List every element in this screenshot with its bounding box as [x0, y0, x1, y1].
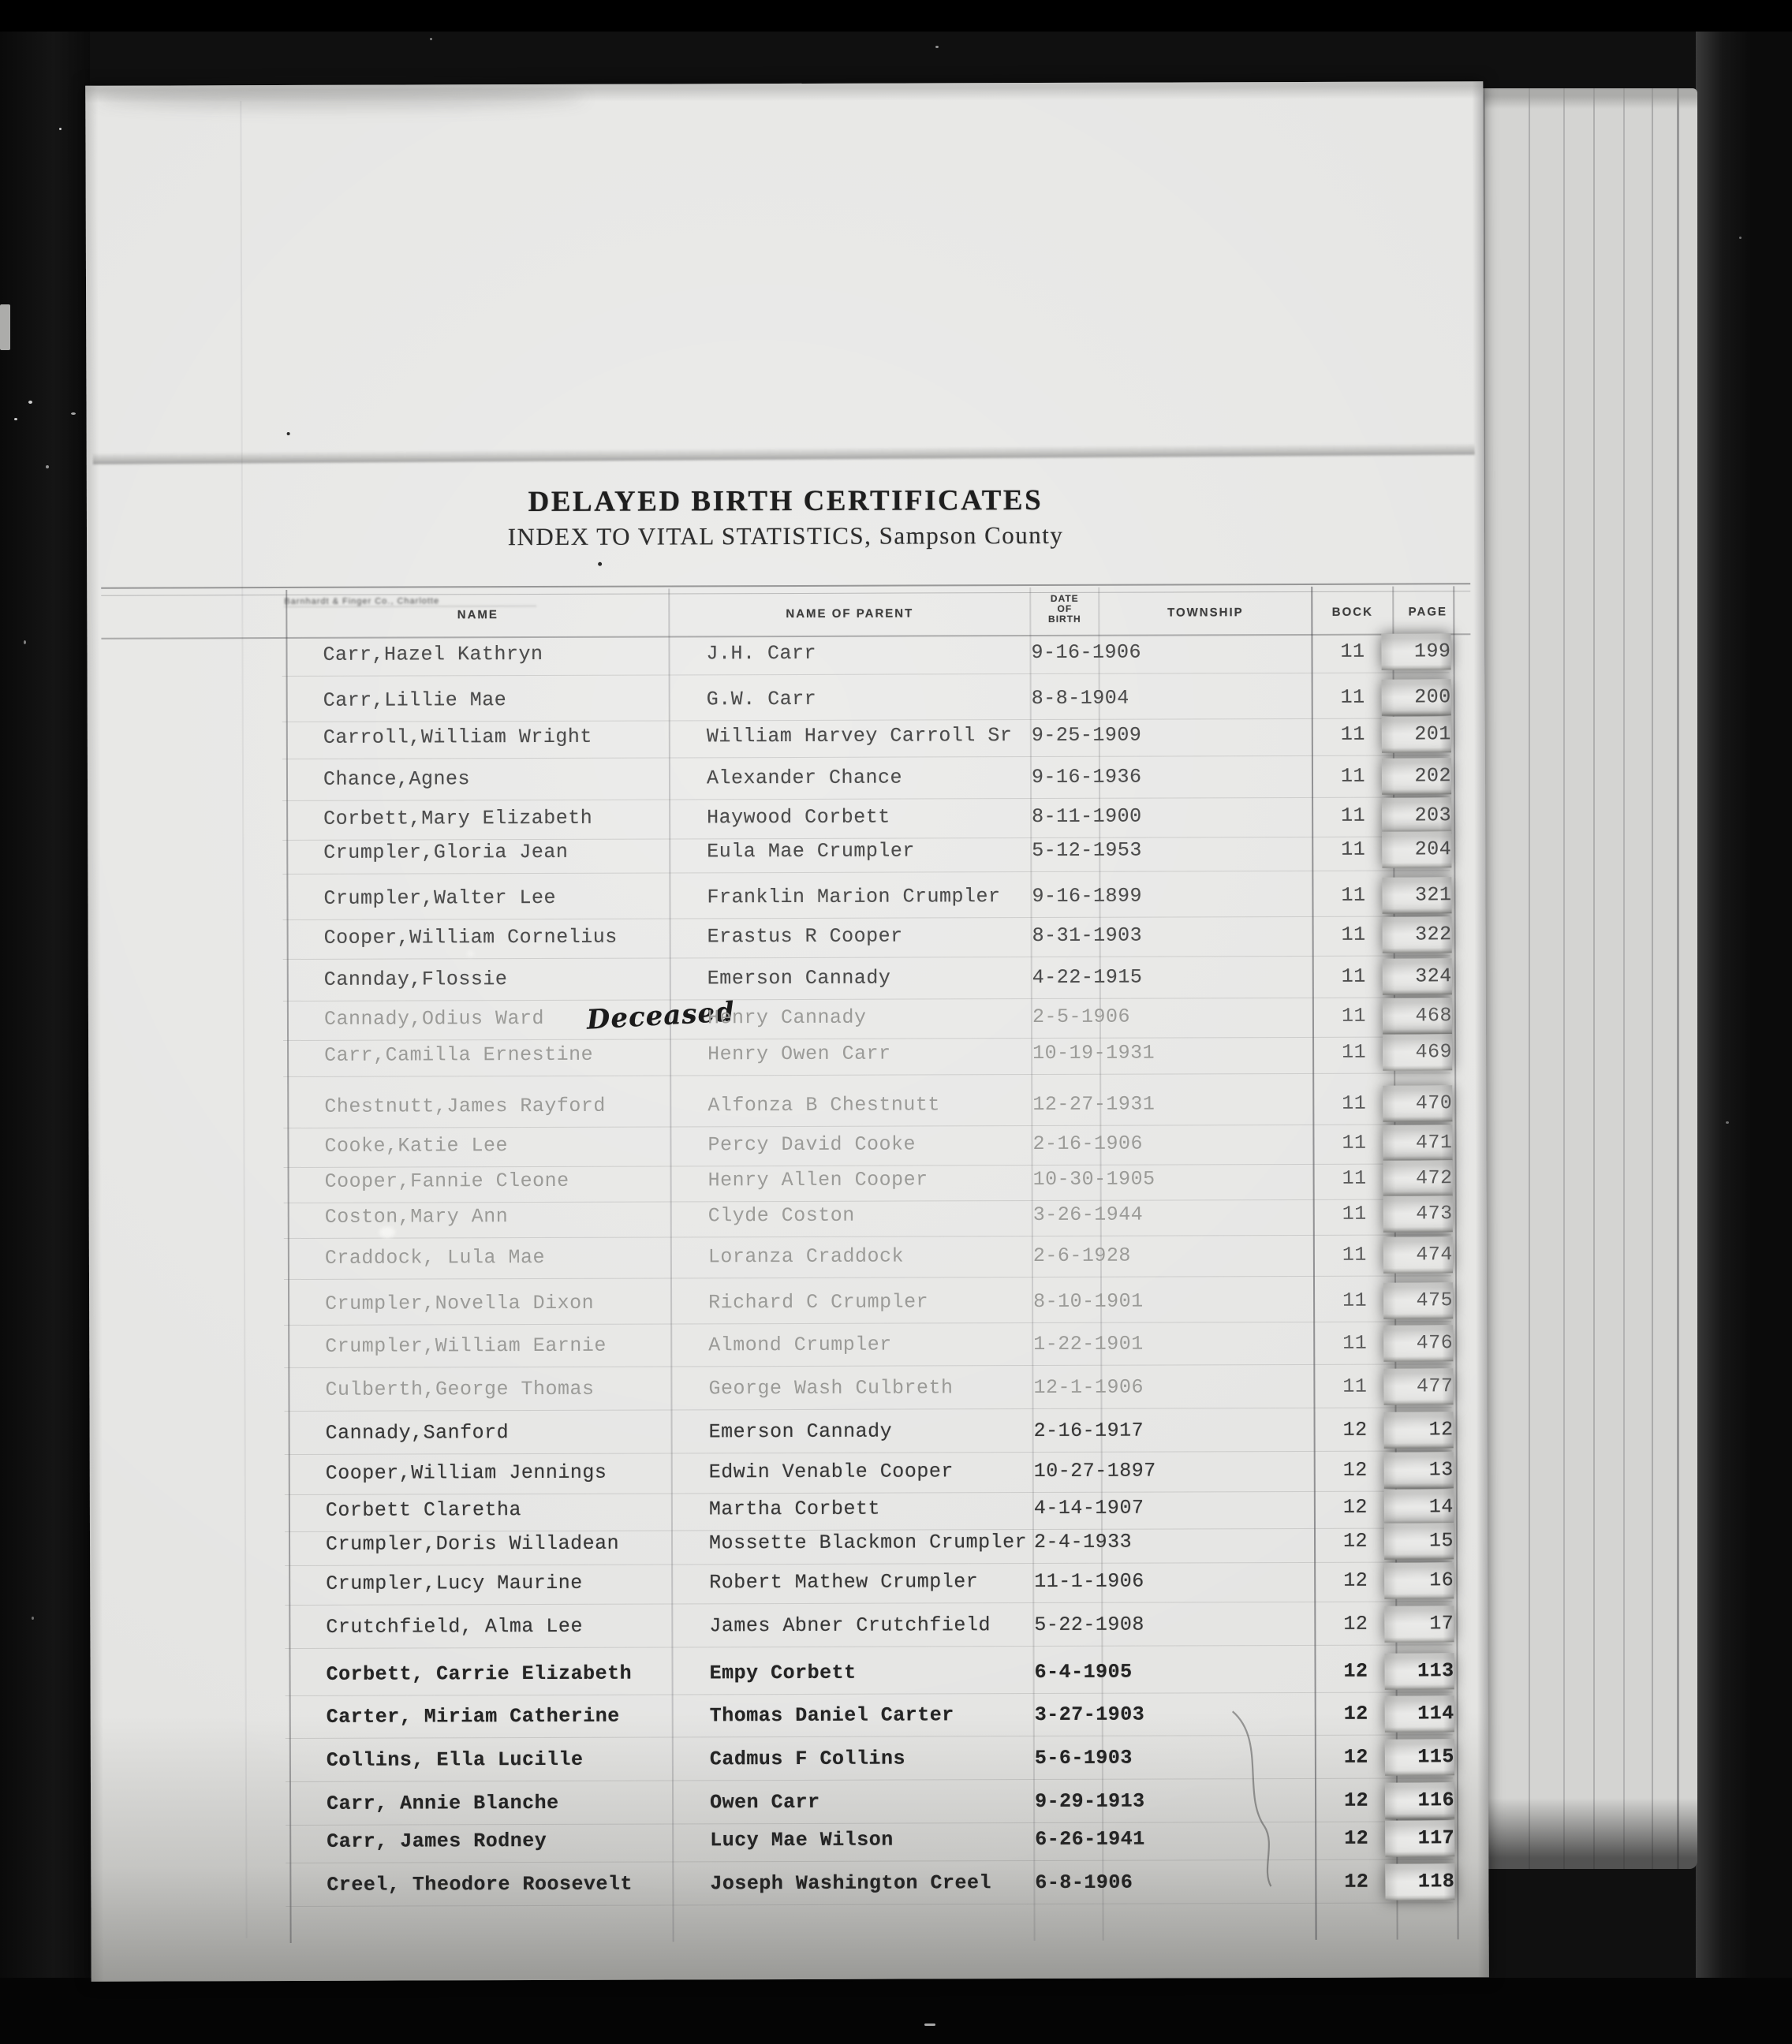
- registrant-name: Carr,Lillie Mae: [323, 682, 507, 719]
- cell-page: 14: [1384, 1489, 1454, 1526]
- dust-speck: [430, 38, 432, 40]
- cell-page: 117: [1385, 1820, 1454, 1857]
- registrant-name: Corbett Claretha: [326, 1492, 521, 1529]
- cell-name: Coston,Mary Ann: [325, 1199, 509, 1236]
- table-row: Chance,AgnesAlexander Chance9-16-1936112…: [287, 758, 1454, 798]
- cell-name: Crumpler,Doris Willadean: [326, 1526, 619, 1563]
- cell-date-of-birth: 2-16-1917: [1034, 1413, 1144, 1449]
- cell-name: Carr,Lillie Mae: [323, 682, 507, 719]
- registrant-name: Carroll,William Wright: [323, 719, 592, 756]
- cell-name: Cannady,Odius WardDeceased: [324, 1000, 735, 1038]
- cell-date-of-birth: 9-16-1936: [1032, 759, 1142, 796]
- cell-name: Cannady,Sanford: [326, 1415, 510, 1452]
- table-rows: Carr,Hazel KathrynJ.H. Carr9-16-19061119…: [85, 81, 1489, 1982]
- table-row: Cooke,Katie LeePercy David Cooke2-16-190…: [288, 1125, 1455, 1165]
- cell-parent-name: Henry Cannady: [707, 1000, 867, 1037]
- table-row: Crumpler,Walter LeeFranklin Marion Crump…: [287, 877, 1454, 917]
- cell-date-of-birth: 9-25-1909: [1032, 718, 1142, 754]
- registrant-name: Creel, Theodore Roosevelt: [327, 1867, 633, 1904]
- dust-speck: [59, 128, 62, 130]
- registrant-name: Craddock, Lula Mae: [325, 1240, 545, 1277]
- cell-date-of-birth: 3-26-1944: [1033, 1197, 1144, 1233]
- registrant-name: Corbett, Carrie Elizabeth: [326, 1656, 632, 1693]
- cell-name: Culberth,George Thomas: [325, 1371, 594, 1408]
- cell-date-of-birth: 11-1-1906: [1034, 1564, 1144, 1600]
- cell-parent-name: Alexander Chance: [707, 760, 902, 797]
- cell-name: Cooper,William Jennings: [326, 1455, 607, 1492]
- registrant-name: Culberth,George Thomas: [325, 1371, 594, 1408]
- table-row: Craddock, Lula MaeLoranza Craddock2-6-19…: [289, 1236, 1456, 1277]
- table-row: Crumpler,Lucy MaurineRobert Mathew Crump…: [289, 1562, 1457, 1602]
- cell-date-of-birth: 6-4-1905: [1034, 1654, 1132, 1691]
- film-edge-left: [0, 0, 90, 2044]
- registrant-name: Coston,Mary Ann: [325, 1199, 509, 1236]
- registrant-name: Chance,Agnes: [323, 761, 470, 798]
- cell-parent-name: Erastus R Cooper: [707, 919, 903, 956]
- registrant-name: Crumpler,Novella Dixon: [325, 1285, 594, 1322]
- dust-speck: [598, 562, 602, 566]
- cell-date-of-birth: 10-19-1931: [1032, 1035, 1155, 1072]
- cell-parent-name: Edwin Venable Cooper: [709, 1453, 954, 1490]
- registrant-name: Cooper,William Jennings: [326, 1455, 607, 1492]
- cell-page: 470: [1383, 1085, 1452, 1122]
- cell-name: Carr, Annie Blanche: [327, 1785, 559, 1822]
- cell-parent-name: J.H. Carr: [706, 636, 816, 672]
- dust-speck: [14, 418, 17, 420]
- cell-date-of-birth: 8-11-1900: [1032, 799, 1142, 835]
- registrant-name: Cannday,Flossie: [324, 961, 508, 998]
- cell-page: 15: [1384, 1523, 1454, 1560]
- cell-name: Chance,Agnes: [323, 761, 470, 798]
- cell-name: Corbett, Carrie Elizabeth: [326, 1656, 632, 1693]
- cell-page: 468: [1383, 998, 1452, 1035]
- cell-page: 204: [1382, 831, 1451, 868]
- cell-parent-name: Empy Corbett: [709, 1655, 856, 1692]
- cell-name: Carr,Camilla Ernestine: [324, 1037, 593, 1074]
- cell-date-of-birth: 8-10-1901: [1033, 1284, 1144, 1320]
- cell-date-of-birth: 12-27-1931: [1032, 1087, 1155, 1123]
- cell-date-of-birth: 10-27-1897: [1034, 1453, 1156, 1490]
- cell-parent-name: Cadmus F Collins: [710, 1741, 905, 1778]
- cell-date-of-birth: 9-29-1913: [1035, 1784, 1145, 1820]
- registrant-name: Carter, Miriam Catherine: [327, 1699, 620, 1736]
- cell-page: 202: [1382, 758, 1451, 795]
- cell-date-of-birth: 2-5-1906: [1032, 999, 1130, 1035]
- table-row: Crumpler,Gloria JeanEula Mae Crumpler5-1…: [287, 831, 1454, 871]
- table-row: Crumpler,William EarnieAlmond Crumpler1-…: [289, 1325, 1456, 1365]
- table-row: Cooper,William CorneliusErastus R Cooper…: [288, 916, 1455, 957]
- cell-name: Carroll,William Wright: [323, 719, 592, 756]
- table-row: Cannady,SanfordEmerson Cannady2-16-19171…: [289, 1412, 1457, 1452]
- cell-page: 17: [1384, 1606, 1454, 1643]
- registrant-name: Carr, Annie Blanche: [327, 1785, 559, 1822]
- cell-page: 118: [1385, 1863, 1454, 1900]
- cell-name: Corbett,Mary Elizabeth: [323, 800, 592, 837]
- film-notch: [0, 304, 10, 350]
- cell-page: 16: [1384, 1562, 1454, 1599]
- registrant-name: Crumpler,Walter Lee: [323, 880, 556, 917]
- cell-name: Crumpler,William Earnie: [325, 1328, 607, 1365]
- cell-date-of-birth: 4-22-1915: [1032, 960, 1143, 996]
- film-edge-right: [1696, 0, 1792, 2044]
- cell-page: 201: [1382, 716, 1451, 753]
- dust-speck: [46, 465, 49, 468]
- cell-page: 199: [1381, 633, 1450, 670]
- registrant-name: Cannady,Odius Ward: [324, 1001, 544, 1038]
- cell-parent-name: James Abner Crutchfield: [709, 1607, 991, 1644]
- table-row: Coston,Mary AnnClyde Coston3-26-19441147…: [289, 1195, 1456, 1236]
- cell-parent-name: Almond Crumpler: [708, 1327, 892, 1364]
- cell-page: 116: [1385, 1782, 1454, 1819]
- registrant-name: Crumpler,William Earnie: [325, 1328, 607, 1365]
- cell-date-of-birth: 6-8-1906: [1035, 1865, 1133, 1901]
- cell-parent-name: Lucy Mae Wilson: [710, 1822, 894, 1859]
- cell-date-of-birth: 10-30-1905: [1033, 1162, 1155, 1198]
- cell-parent-name: Martha Corbett: [709, 1491, 880, 1528]
- dust-speck: [24, 640, 26, 644]
- table-row: Culberth,George ThomasGeorge Wash Culbre…: [289, 1368, 1456, 1408]
- film-edge-bottom: [0, 1978, 1792, 2044]
- cell-parent-name: William Harvey Carroll Sr: [707, 718, 1013, 755]
- cell-date-of-birth: 3-27-1903: [1035, 1697, 1145, 1733]
- cell-parent-name: Percy David Cooke: [707, 1126, 916, 1163]
- cell-name: Crumpler,Novella Dixon: [325, 1285, 594, 1322]
- table-row: Cooper,William JenningsEdwin Venable Coo…: [289, 1452, 1457, 1492]
- cell-page: 473: [1383, 1195, 1453, 1233]
- cell-name: Chestnutt,James Rayford: [324, 1088, 606, 1125]
- cell-date-of-birth: 5-12-1953: [1032, 833, 1142, 869]
- table-row: Cooper,Fannie CleoneHenry Allen Cooper10…: [289, 1160, 1456, 1200]
- scan-blob: [379, 1227, 395, 1238]
- cell-parent-name: Clyde Coston: [708, 1198, 855, 1235]
- cell-page: 474: [1383, 1236, 1453, 1274]
- cell-page: 472: [1383, 1160, 1452, 1197]
- table-row: Carr,Camilla ErnestineHenry Owen Carr10-…: [288, 1034, 1455, 1074]
- table-row: Crumpler,Novella DixonRichard C Crumpler…: [289, 1282, 1456, 1322]
- cell-page: 471: [1383, 1125, 1452, 1162]
- microfilm-scan: { "document": { "title": "DELAYED BIRTH …: [0, 0, 1792, 2044]
- dust-speck: [28, 401, 32, 404]
- dust-speck: [71, 412, 76, 415]
- table-row: Carr,Hazel KathrynJ.H. Carr9-16-19061119…: [286, 633, 1454, 673]
- table-row: Cannady,Odius WardDeceasedHenry Cannady2…: [288, 998, 1455, 1038]
- registrant-name: Crumpler,Doris Willadean: [326, 1526, 619, 1563]
- cell-date-of-birth: 12-1-1906: [1033, 1370, 1144, 1406]
- table-row: Cannday,FlossieEmerson Cannady4-22-19151…: [288, 958, 1455, 998]
- dust-speck: [1739, 237, 1742, 239]
- cell-parent-name: Loranza Craddock: [708, 1239, 904, 1276]
- cell-date-of-birth: 5-22-1908: [1034, 1607, 1144, 1643]
- cell-parent-name: Robert Mathew Crumpler: [709, 1564, 978, 1601]
- registrant-name: Corbett,Mary Elizabeth: [323, 800, 592, 837]
- cell-name: Creel, Theodore Roosevelt: [327, 1867, 633, 1904]
- cell-date-of-birth: 5-6-1903: [1035, 1740, 1133, 1777]
- cell-page: 203: [1382, 797, 1451, 834]
- cell-name: Crutchfield, Alma Lee: [326, 1609, 583, 1646]
- cell-page: 13: [1384, 1452, 1454, 1489]
- cell-parent-name: Emerson Cannady: [709, 1414, 893, 1451]
- film-edge-top: [0, 0, 1792, 32]
- dust-speck: [924, 2023, 935, 2026]
- cell-name: Cannday,Flossie: [324, 961, 508, 998]
- cell-date-of-birth: 2-4-1933: [1034, 1524, 1132, 1561]
- cell-parent-name: Joseph Washington Creel: [710, 1865, 991, 1902]
- cell-parent-name: Franklin Marion Crumpler: [707, 878, 1000, 916]
- cell-parent-name: Owen Carr: [710, 1785, 820, 1821]
- document-page: DELAYED BIRTH CERTIFICATES INDEX TO VITA…: [85, 81, 1489, 1982]
- registrant-name: Cooke,Katie Lee: [324, 1128, 508, 1165]
- cell-name: Collins, Ella Lucille: [327, 1742, 584, 1779]
- cell-name: Crumpler,Walter Lee: [323, 880, 556, 917]
- cell-name: Cooke,Katie Lee: [324, 1128, 508, 1165]
- cell-name: Carter, Miriam Catherine: [327, 1699, 620, 1736]
- cell-date-of-birth: 9-16-1906: [1031, 635, 1141, 671]
- cell-page: 475: [1383, 1282, 1453, 1319]
- table-row: Corbett, Carrie ElizabethEmpy Corbett6-4…: [289, 1653, 1457, 1693]
- cell-name: Craddock, Lula Mae: [325, 1240, 545, 1277]
- cell-date-of-birth: 8-8-1904: [1032, 681, 1129, 717]
- cell-page: 113: [1384, 1653, 1454, 1690]
- cell-page: 115: [1385, 1739, 1454, 1776]
- registrant-name: Collins, Ella Lucille: [327, 1742, 584, 1779]
- cell-name: Carr,Hazel Kathryn: [323, 636, 543, 673]
- cell-parent-name: Eula Mae Crumpler: [707, 833, 915, 870]
- cell-parent-name: George Wash Culbreth: [708, 1370, 953, 1407]
- cell-name: Cooper,Fannie Cleone: [325, 1163, 569, 1200]
- cell-parent-name: Emerson Cannady: [707, 960, 891, 998]
- registrant-name: Chestnutt,James Rayford: [324, 1088, 606, 1125]
- cell-name: Crumpler,Lucy Maurine: [326, 1565, 583, 1602]
- cell-parent-name: Haywood Corbett: [707, 800, 890, 837]
- registrant-name: Carr, James Rodney: [327, 1823, 547, 1860]
- cell-page: 324: [1383, 958, 1452, 995]
- cell-parent-name: G.W. Carr: [707, 681, 817, 718]
- cell-date-of-birth: 6-26-1941: [1035, 1822, 1145, 1858]
- registrant-name: Cannady,Sanford: [326, 1415, 510, 1452]
- cell-date-of-birth: 9-16-1899: [1032, 878, 1142, 915]
- cell-date-of-birth: 8-31-1903: [1032, 918, 1143, 954]
- cell-date-of-birth: 2-16-1906: [1032, 1126, 1143, 1162]
- cell-parent-name: Thomas Daniel Carter: [710, 1697, 954, 1734]
- cell-page: 12: [1383, 1412, 1453, 1449]
- cell-page: 114: [1385, 1695, 1454, 1733]
- registrant-name: Carr,Hazel Kathryn: [323, 636, 543, 673]
- cell-parent-name: Richard C Crumpler: [708, 1284, 928, 1321]
- table-row: Chestnutt,James RayfordAlfonza B Chestnu…: [288, 1085, 1455, 1125]
- cell-name: Crumpler,Gloria Jean: [323, 834, 568, 871]
- cell-page: 469: [1383, 1034, 1452, 1071]
- dust-speck: [1726, 1121, 1729, 1124]
- dust-speck: [32, 1617, 34, 1620]
- cell-page: 200: [1382, 679, 1451, 716]
- cell-name: Corbett Claretha: [326, 1492, 521, 1529]
- cell-page: 476: [1383, 1325, 1453, 1362]
- table-row: Carroll,William WrightWilliam Harvey Car…: [287, 716, 1454, 756]
- dust-speck: [935, 46, 939, 48]
- registrant-name: Crumpler,Lucy Maurine: [326, 1565, 583, 1602]
- registrant-name: Crumpler,Gloria Jean: [323, 834, 568, 871]
- stacked-page-edges: [1483, 88, 1697, 1869]
- cell-date-of-birth: 2-6-1928: [1033, 1238, 1131, 1274]
- dust-speck: [287, 432, 290, 435]
- cell-page: 322: [1382, 916, 1451, 953]
- cell-name: Carr, James Rodney: [327, 1823, 547, 1860]
- cell-parent-name: Henry Allen Cooper: [708, 1162, 928, 1199]
- film-scratch: [1226, 1708, 1290, 1889]
- cell-date-of-birth: 1-22-1901: [1033, 1326, 1144, 1363]
- cell-date-of-birth: 4-14-1907: [1034, 1490, 1144, 1527]
- registrant-name: Carr,Camilla Ernestine: [324, 1037, 593, 1074]
- registrant-name: Crutchfield, Alma Lee: [326, 1609, 583, 1646]
- cell-parent-name: Henry Owen Carr: [707, 1036, 891, 1073]
- registrant-name: Cooper,Fannie Cleone: [325, 1163, 569, 1200]
- cell-parent-name: Alfonza B Chestnutt: [707, 1087, 940, 1124]
- table-row: Carr,Lillie MaeG.W. Carr8-8-190411200: [287, 679, 1454, 719]
- cell-page: 321: [1382, 877, 1451, 914]
- scan-blob: [467, 950, 475, 957]
- table-row: Crumpler,Doris WilladeanMossette Blackmo…: [289, 1523, 1457, 1563]
- cell-parent-name: Mossette Blackmon Crumpler: [709, 1524, 1027, 1561]
- table-row: Crutchfield, Alma LeeJames Abner Crutchf…: [289, 1606, 1457, 1646]
- cell-page: 477: [1383, 1368, 1453, 1405]
